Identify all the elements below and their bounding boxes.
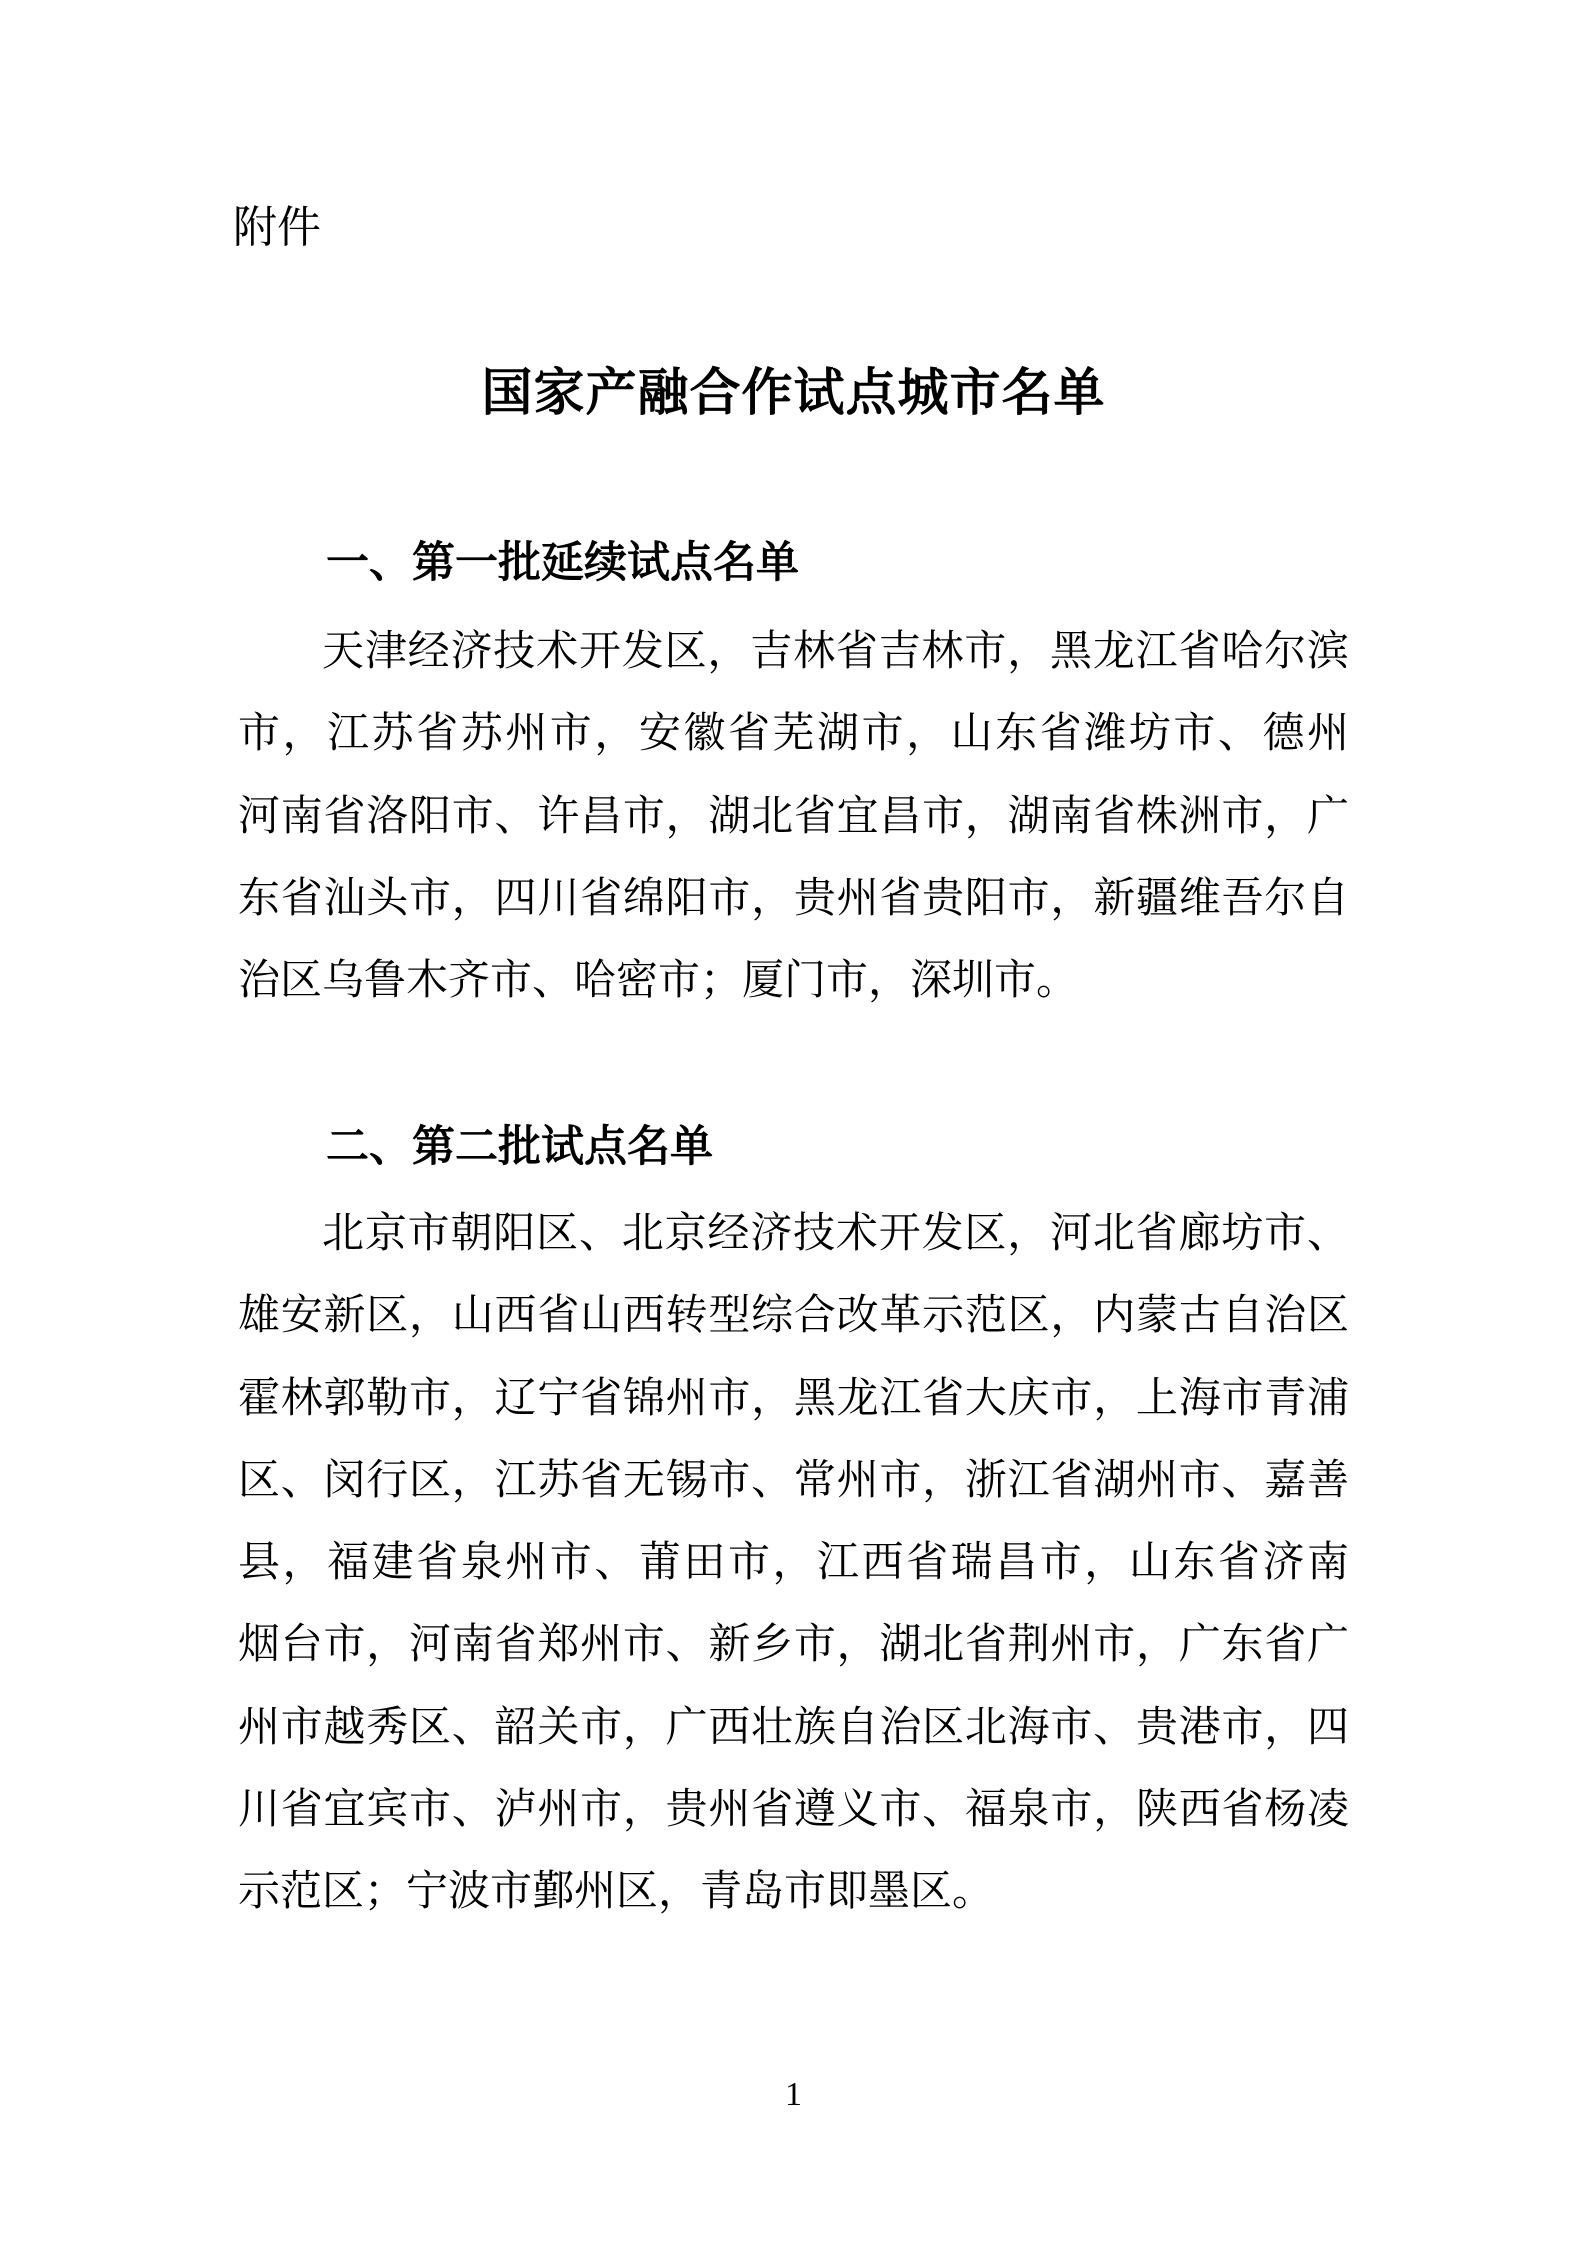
attachment-label: 附件 <box>233 204 321 252</box>
section-2-heading: 二、第二批试点名单 <box>326 1124 713 1171</box>
paragraph-line: 县，福建省泉州市、莆田市，江西省瑞昌市，山东省济南市、 <box>238 1522 1349 1604</box>
paragraph-line: 市，江苏省苏州市，安徽省芜湖市，山东省潍坊市、德州市， <box>238 693 1349 775</box>
page-number: 1 <box>0 2076 1587 2114</box>
paragraph-line: 东省汕头市，四川省绵阳市，贵州省贵阳市，新疆维吾尔自 <box>238 858 1349 940</box>
paragraph-line: 霍林郭勒市，辽宁省锦州市，黑龙江省大庆市，上海市青浦 <box>238 1358 1349 1440</box>
paragraph-line: 区、闵行区，江苏省无锡市、常州市，浙江省湖州市、嘉善 <box>238 1440 1349 1522</box>
paragraph-line: 治区乌鲁木齐市、哈密市；厦门市，深圳市。 <box>238 940 1349 1022</box>
document-title: 国家产融合作试点城市名单 <box>0 364 1587 423</box>
paragraph-line: 北京市朝阳区、北京经济技术开发区，河北省廊坊市、 <box>238 1193 1349 1275</box>
paragraph-line: 河南省洛阳市、许昌市，湖北省宜昌市，湖南省株洲市，广 <box>238 776 1349 858</box>
paragraph-line: 烟台市，河南省郑州市、新乡市，湖北省荆州市，广东省广 <box>238 1604 1349 1686</box>
paragraph-line: 州市越秀区、韶关市，广西壮族自治区北海市、贵港市，四 <box>238 1687 1349 1769</box>
paragraph-line: 示范区；宁波市鄞州区，青岛市即墨区。 <box>238 1851 1349 1933</box>
document-page: 附件 国家产融合作试点城市名单 一、第一批延续试点名单 天津经济技术开发区，吉林… <box>0 0 1587 2245</box>
section-1-heading: 一、第一批延续试点名单 <box>326 540 799 587</box>
paragraph-line: 川省宜宾市、泸州市，贵州省遵义市、福泉市，陕西省杨凌 <box>238 1769 1349 1851</box>
paragraph-line: 雄安新区，山西省山西转型综合改革示范区，内蒙古自治区 <box>238 1275 1349 1357</box>
paragraph-line: 天津经济技术开发区，吉林省吉林市，黑龙江省哈尔滨 <box>238 611 1349 693</box>
section-2-paragraph: 北京市朝阳区、北京经济技术开发区，河北省廊坊市、雄安新区，山西省山西转型综合改革… <box>238 1193 1349 1934</box>
section-1-paragraph: 天津经济技术开发区，吉林省吉林市，黑龙江省哈尔滨市，江苏省苏州市，安徽省芜湖市，… <box>238 611 1349 1022</box>
